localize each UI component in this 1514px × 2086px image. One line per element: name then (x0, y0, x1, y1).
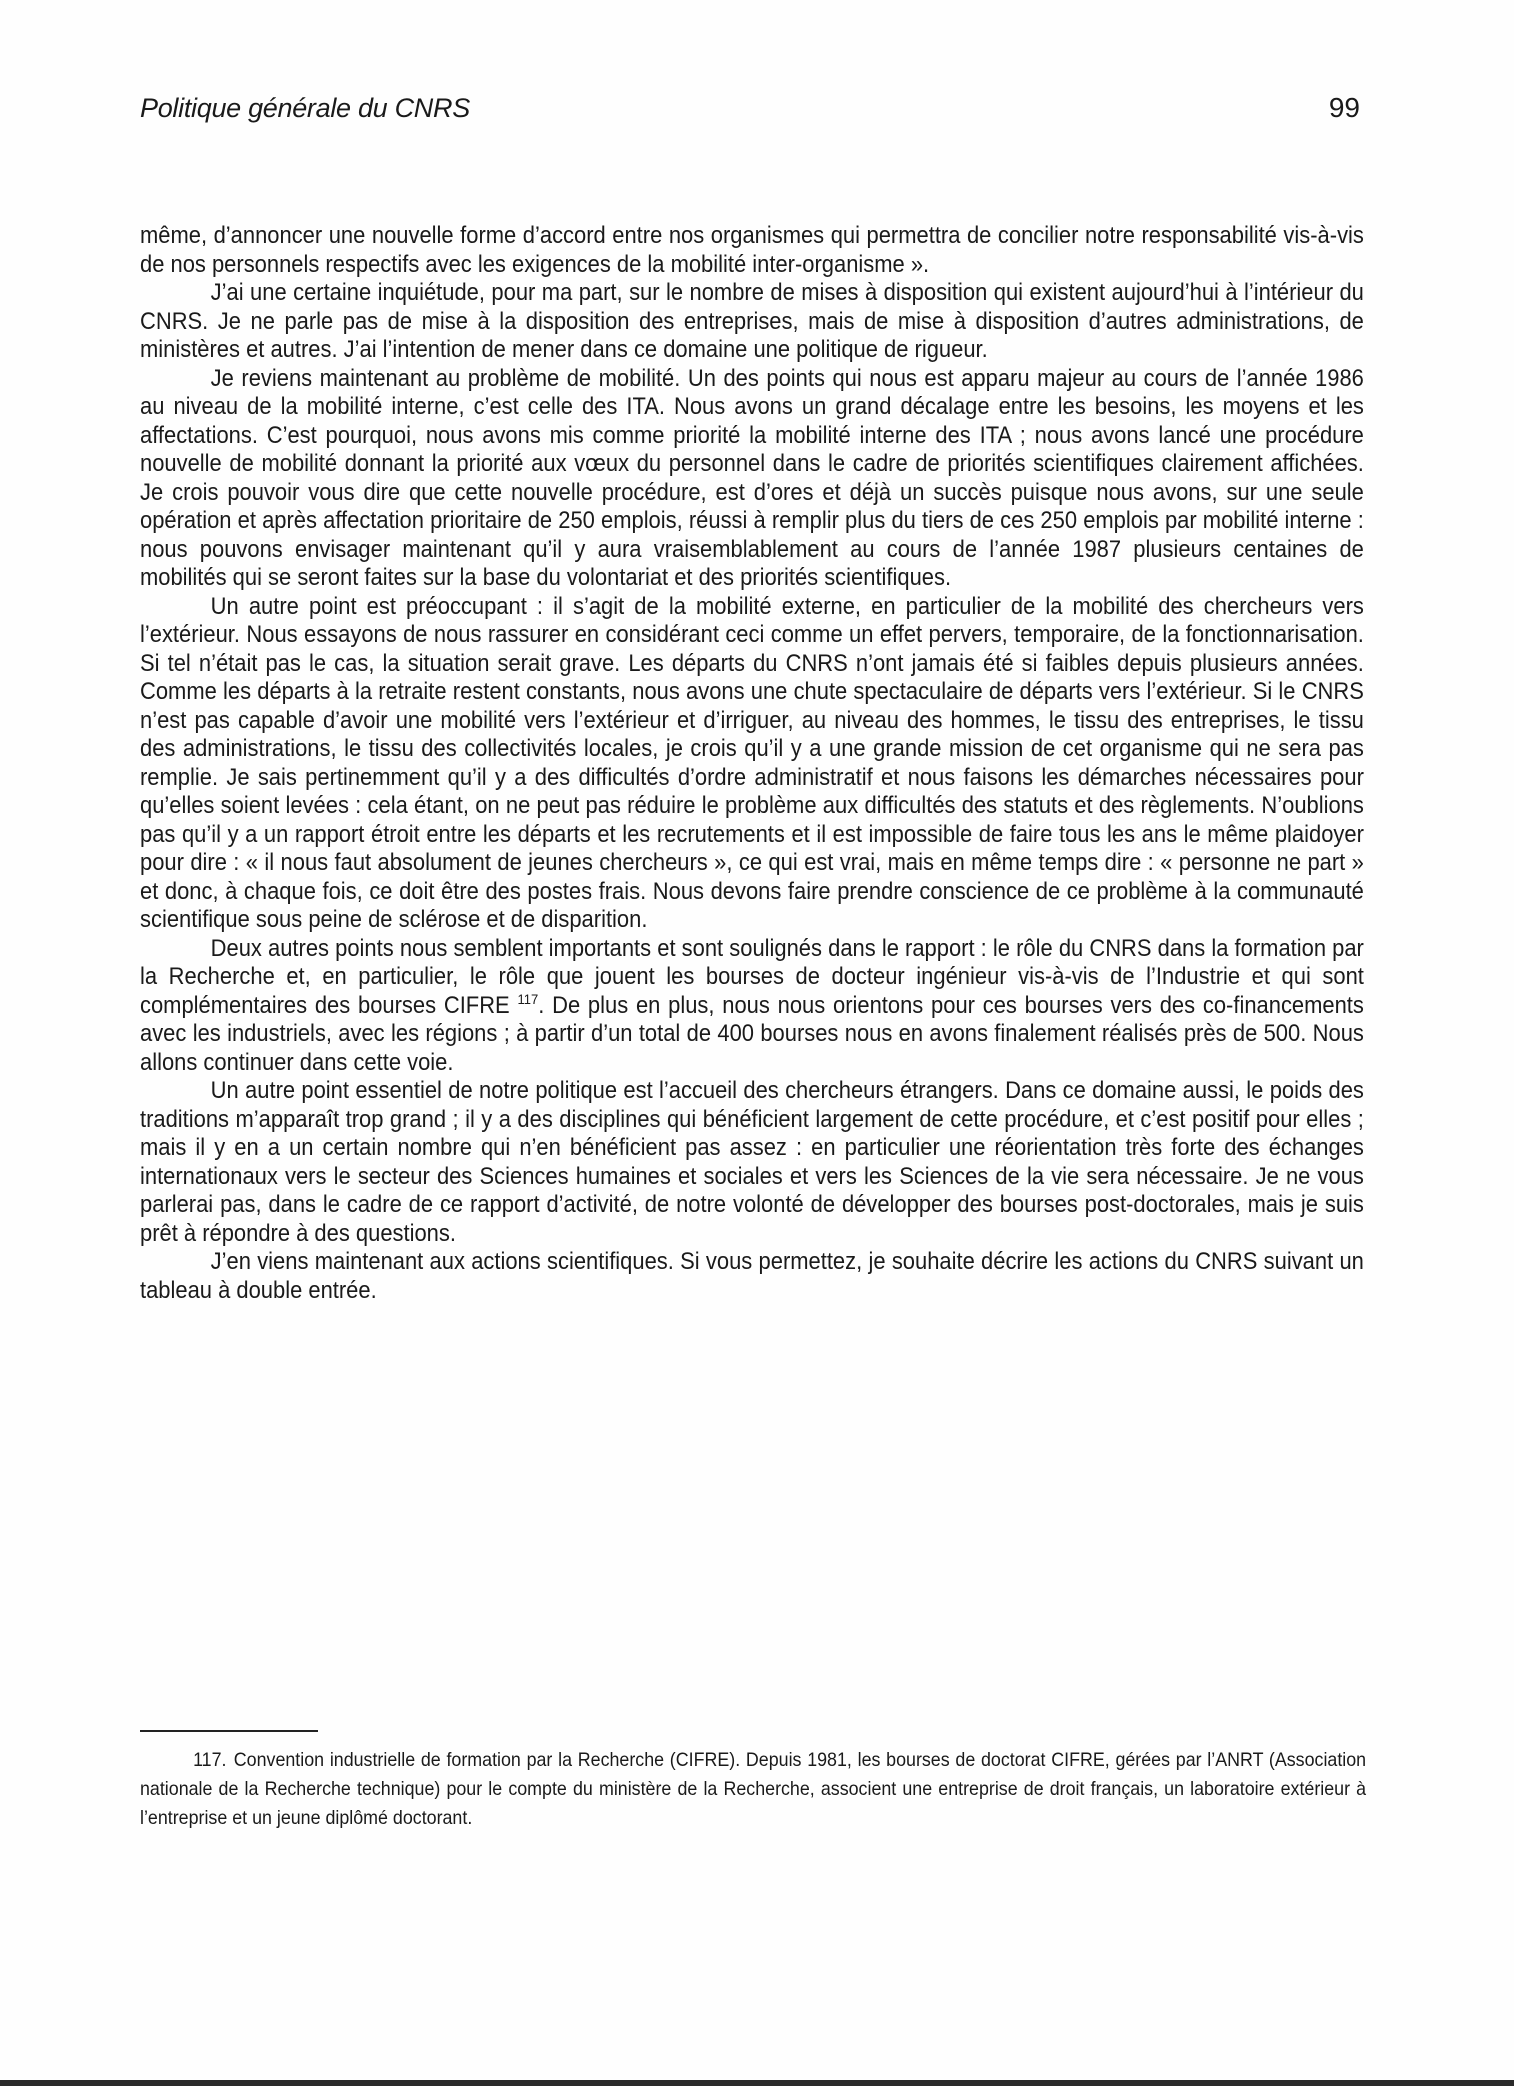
running-title: Politique générale du CNRS (140, 93, 470, 124)
scan-bottom-edge (0, 2080, 1514, 2086)
body-text: même, d’annoncer une nouvelle forme d’ac… (140, 222, 1364, 1305)
paragraph-4: Un autre point est préoccupant : il s’ag… (140, 593, 1364, 935)
document-page: Politique générale du CNRS 99 même, d’an… (0, 0, 1514, 2086)
footnote-117: 117.Convention industrielle de formation… (140, 1746, 1366, 1833)
paragraph-3: Je reviens maintenant au problème de mob… (140, 365, 1364, 593)
paragraph-1: même, d’annoncer une nouvelle forme d’ac… (140, 222, 1364, 279)
paragraph-2: J’ai une certaine inquiétude, pour ma pa… (140, 279, 1364, 365)
paragraph-6: Un autre point essentiel de notre politi… (140, 1077, 1364, 1248)
footnote-text: Convention industrielle de formation par… (140, 1749, 1366, 1829)
footnote-number: 117. (193, 1749, 226, 1771)
paragraph-5: Deux autres points nous semblent importa… (140, 935, 1364, 1078)
footnote-separator (140, 1730, 318, 1732)
footnote-reference[interactable]: 117 (517, 991, 538, 1007)
paragraph-7: J’en viens maintenant aux actions scient… (140, 1248, 1364, 1305)
running-header: Politique générale du CNRS 99 (140, 92, 1360, 124)
page-number: 99 (1329, 92, 1360, 124)
footnotes: 117.Convention industrielle de formation… (140, 1746, 1366, 1833)
